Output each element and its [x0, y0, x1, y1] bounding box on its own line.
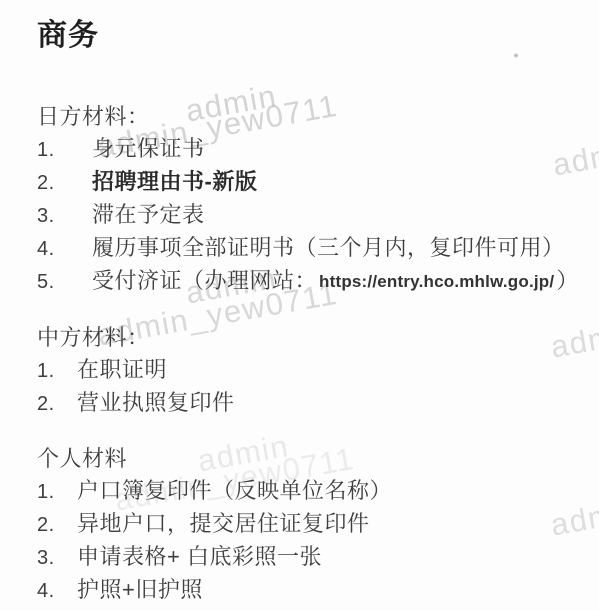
list-item-text: 护照+旧护照: [77, 574, 203, 606]
list-item-text: 申请表格+ 白底彩照一张: [77, 541, 322, 573]
list-item-number: 1.: [37, 476, 77, 508]
section-heading: 日方材料：: [37, 101, 581, 133]
list-item: 1. 户口簿复印件（反映单位名称）: [37, 475, 581, 508]
list-item-number: 1.: [37, 355, 77, 387]
list-item-text: 履历事项全部证明书（三个月内，复印件可用）: [92, 232, 565, 264]
list-item-number: 2.: [37, 167, 92, 199]
list-item: 5. 受付济证（办理网站：https://entry.hco.mhlw.go.j…: [37, 265, 581, 299]
list-item: 1. 身元保证书: [37, 133, 581, 166]
list-item-text: 异地户口，提交居住证复印件: [77, 508, 370, 540]
list-item-number: 2.: [37, 388, 77, 420]
list-item-text: 营业执照复印件: [77, 387, 235, 419]
document-page: 商务 日方材料： 1. 身元保证书 2. 招聘理由书-新版 3. 滞在予定表 4…: [0, 0, 599, 611]
list-item-text: ）: [556, 265, 579, 297]
section-china-materials: 中方材料： 1. 在职证明 2. 营业执照复印件: [37, 322, 581, 420]
list-item-number: 4.: [37, 575, 77, 607]
list-item: 3. 滞在予定表: [37, 199, 581, 232]
list-item-text: 滞在予定表: [92, 199, 205, 231]
list-item-number: 1.: [37, 134, 92, 166]
list-item-text: 在职证明: [77, 354, 167, 386]
list-item: 4. 履历事项全部证明书（三个月内，复印件可用）: [37, 232, 581, 265]
url-text: https://entry.hco.mhlw.go.jp/: [317, 266, 556, 298]
list-item-text: 身元保证书: [92, 133, 205, 165]
list-item: 4. 护照+旧护照: [37, 574, 581, 607]
section-personal-materials: 个人材料 1. 户口簿复印件（反映单位名称） 2. 异地户口，提交居住证复印件 …: [37, 443, 581, 607]
list-item-number: 5.: [37, 266, 92, 298]
list-item-number: 2.: [37, 509, 77, 541]
list-item: 3. 申请表格+ 白底彩照一张: [37, 541, 581, 574]
section-heading: 个人材料: [37, 443, 581, 475]
section-heading: 中方材料：: [37, 322, 581, 354]
list-item-number: 3.: [37, 542, 77, 574]
list-item: 2. 异地户口，提交居住证复印件: [37, 508, 581, 541]
document-title: 商务: [37, 18, 581, 54]
list-item-text: 受付济证（办理网站：: [92, 265, 317, 297]
list-item: 2. 招聘理由书-新版: [37, 166, 581, 199]
list-item-text: 招聘理由书-新版: [92, 166, 257, 198]
list-item-text: 户口簿复印件（反映单位名称）: [77, 475, 392, 507]
list-item: 1. 在职证明: [37, 354, 581, 387]
list-item-number: 4.: [37, 233, 92, 265]
list-item: 2. 营业执照复印件: [37, 387, 581, 420]
section-japan-materials: 日方材料： 1. 身元保证书 2. 招聘理由书-新版 3. 滞在予定表 4. 履…: [37, 101, 581, 299]
list-item-number: 3.: [37, 200, 92, 232]
